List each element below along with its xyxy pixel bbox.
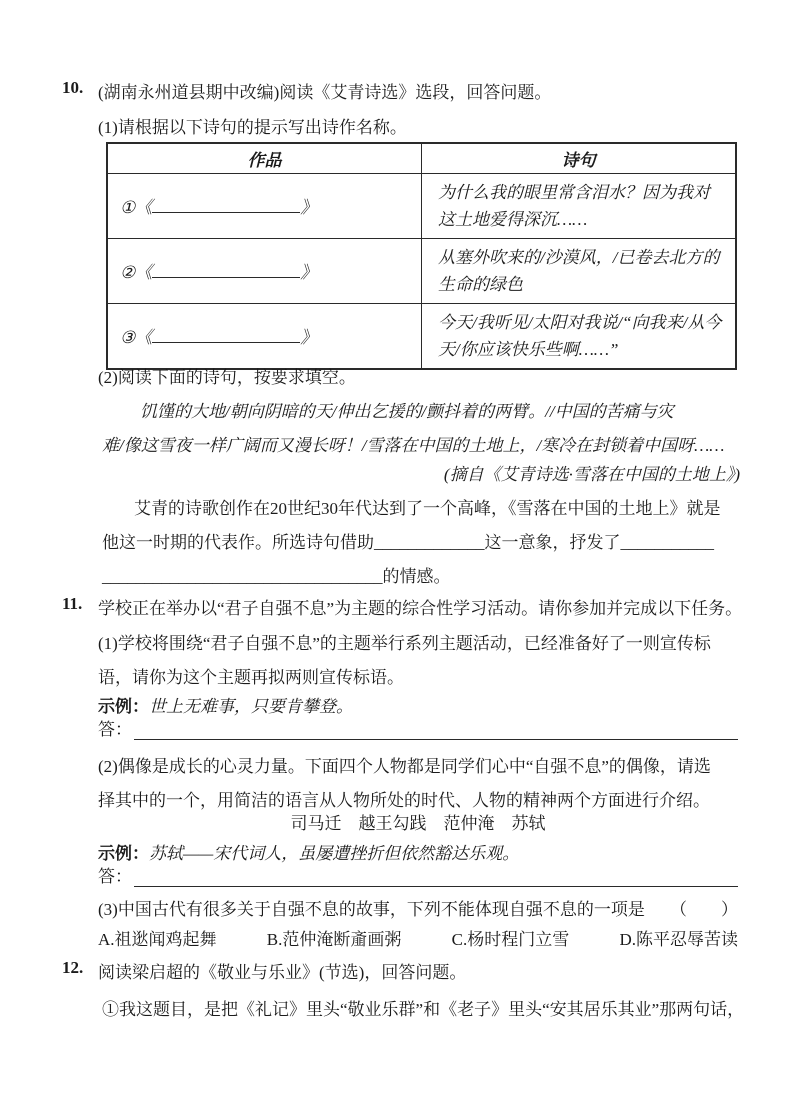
candidate-names: 司马迁 越王勾践 范仲淹 苏轼 — [98, 807, 738, 841]
task-line: (1)学校将围绕“君子自强不息”的主题举行系列主题活动，已经准备好了一则宣传标 — [98, 627, 746, 661]
work-blank-suffix: 》 — [300, 263, 317, 282]
work-blank-prefix: ③《 — [120, 328, 152, 347]
example-text: 苏轼——宋代词人，虽屡遭挫折但依然豁达乐观。 — [149, 844, 519, 863]
answer-label: 答： — [98, 862, 132, 887]
example-label: 示例： — [98, 697, 149, 716]
q11-part3-text: (3)中国古代有很多关于自强不息的故事，下列不能体现自强不息的一项是 — [98, 895, 645, 920]
fill-in-blank — [152, 199, 300, 213]
work-blank-suffix: 》 — [300, 328, 317, 347]
analysis-paragraph: 艾青的诗歌创作在20世纪30年代达到了一个高峰，《雪落在中国的土地上》就是 他这… — [102, 492, 747, 594]
question-12-title: 阅读梁启超的《敬业与乐业》(节选)，回答问题。 — [98, 958, 466, 983]
q11-part2-answer: 答： — [98, 862, 738, 887]
answer-label: 答： — [98, 715, 132, 740]
analysis-line: _________________________________的情感。 — [102, 560, 747, 594]
task-line: (2)偶像是成长的心灵力量。下面四个人物都是同学们心中“自强不息”的偶像，请选 — [98, 750, 746, 784]
verse-text-2: 从塞外吹来的/沙漠风，/已卷去北方的生命的绿色 — [422, 238, 737, 303]
table-row: ①《》 为什么我的眼里常含泪水？因为我对这土地爱得深沉…… — [107, 173, 736, 238]
q10-part1-label: (1)请根据以下诗句的提示写出诗作名称。 — [98, 111, 407, 145]
answer-blank-line — [134, 867, 738, 887]
option-a: A.祖逖闻鸡起舞 — [98, 925, 217, 950]
question-11-number: 11. — [62, 594, 98, 614]
question-10-heading: 10. (湖南永州道县期中改编)阅读《艾青诗选》选段，回答问题。 — [62, 78, 762, 103]
analysis-line: 他这一时期的代表作。所选诗句借助_____________这一意象，抒发了___… — [102, 526, 747, 560]
option-c: C.杨时程门立雪 — [452, 925, 570, 950]
poem-line: 饥馑的大地/朝向阴暗的天/伸出乞援的/颤抖着的两臂。//中国的苦痛与灾 — [102, 395, 747, 429]
work-blank-3: ③《》 — [107, 303, 422, 369]
table-row: ②《》 从塞外吹来的/沙漠风，/已卷去北方的生命的绿色 — [107, 238, 736, 303]
fill-in-blank — [152, 329, 300, 343]
answer-blank-line — [134, 720, 738, 740]
works-verses-table: 作品 诗句 ①《》 为什么我的眼里常含泪水？因为我对这土地爱得深沉…… ②《》 … — [106, 142, 737, 370]
fill-in-blank — [152, 264, 300, 278]
quote-source: (摘自《艾青诗选·雪落在中国的土地上》) — [102, 458, 740, 492]
analysis-line: 艾青的诗歌创作在20世纪30年代达到了一个高峰，《雪落在中国的土地上》就是 — [102, 492, 747, 526]
poem-quote: 饥馑的大地/朝向阴暗的天/伸出乞援的/颤抖着的两臂。//中国的苦痛与灾 难/像这… — [102, 395, 747, 463]
example-text: 世上无难事，只要肯攀登。 — [149, 697, 353, 716]
work-blank-suffix: 》 — [300, 198, 317, 217]
worksheet-page: 10. (湖南永州道县期中改编)阅读《艾青诗选》选段，回答问题。 (1)请根据以… — [0, 0, 800, 1104]
choice-brackets: （ ） — [670, 895, 738, 920]
option-d: D.陈平忍辱苦读 — [619, 925, 738, 950]
q11-part1-answer: 答： — [98, 715, 738, 740]
table-header-row: 作品 诗句 — [107, 143, 736, 173]
q11-part3-stem: (3)中国古代有很多关于自强不息的故事，下列不能体现自强不息的一项是 （ ） — [98, 895, 738, 920]
table-row: ③《》 今天/我听见/太阳对我说/“向我来/从今天/你应该快乐些啊……” — [107, 303, 736, 369]
question-11-heading: 11. 学校正在举办以“君子自强不息”为主题的综合性学习活动。请你参加并完成以下… — [62, 594, 782, 619]
work-blank-prefix: ①《 — [120, 198, 152, 217]
q11-part1-text: (1)学校将围绕“君子自强不息”的主题举行系列主题活动，已经准备好了一则宣传标 … — [98, 627, 746, 695]
q10-part2-label: (2)阅读下面的诗句，按要求填空。 — [98, 361, 356, 395]
work-blank-2: ②《》 — [107, 238, 422, 303]
question-12-number: 12. — [62, 958, 98, 978]
question-10-title: (湖南永州道县期中改编)阅读《艾青诗选》选段，回答问题。 — [98, 78, 551, 103]
q11-part3-options: A.祖逖闻鸡起舞 B.范仲淹断齑画粥 C.杨时程门立雪 D.陈平忍辱苦读 — [98, 925, 738, 950]
q12-passage-para-1: ①我这题目，是把《礼记》里头“敬业乐群”和《老子》里头“安其居乐其业”那两句话， — [62, 993, 752, 1027]
question-10-number: 10. — [62, 78, 98, 98]
work-blank-1: ①《》 — [107, 173, 422, 238]
table-header-verse: 诗句 — [422, 143, 737, 173]
question-12-heading: 12. 阅读梁启超的《敬业与乐业》(节选)，回答问题。 — [62, 958, 762, 983]
verse-text-1: 为什么我的眼里常含泪水？因为我对这土地爱得深沉…… — [422, 173, 737, 238]
question-11-title: 学校正在举办以“君子自强不息”为主题的综合性学习活动。请你参加并完成以下任务。 — [98, 594, 742, 619]
work-blank-prefix: ②《 — [120, 263, 152, 282]
option-b: B.范仲淹断齑画粥 — [267, 925, 402, 950]
table-header-work: 作品 — [107, 143, 422, 173]
verse-text-3: 今天/我听见/太阳对我说/“向我来/从今天/你应该快乐些啊……” — [422, 303, 737, 369]
example-label: 示例： — [98, 844, 149, 863]
